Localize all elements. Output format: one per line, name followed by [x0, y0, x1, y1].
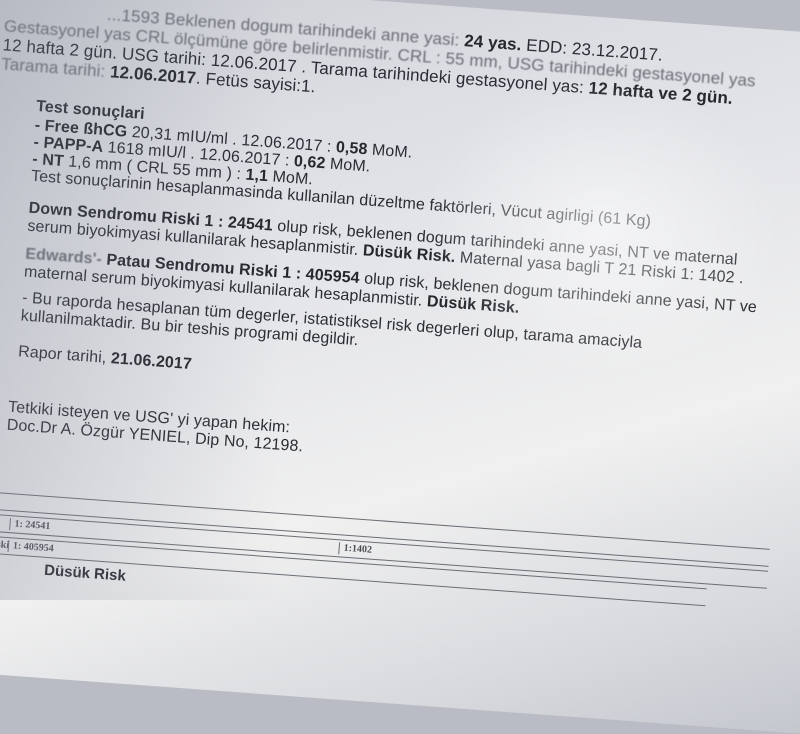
result-unit: MoM.	[325, 155, 371, 175]
summary-table: Yas riski T 21 Riski 1: 24541 1:1402 T 1…	[0, 489, 710, 545]
report-date: 21.06.2017	[110, 350, 192, 373]
report-date-line: Rapor tarihi, 21.06.2017	[17, 343, 192, 374]
conclusion-risk: Düsük Risk	[44, 562, 127, 585]
result-mom: 1,1	[245, 166, 269, 185]
report-date-label: Rapor tarihi,	[18, 343, 112, 367]
report-paper: ...1593 Beklenen dogum tarihindeki anne …	[0, 0, 800, 600]
result-unit: MoM.	[367, 141, 413, 161]
